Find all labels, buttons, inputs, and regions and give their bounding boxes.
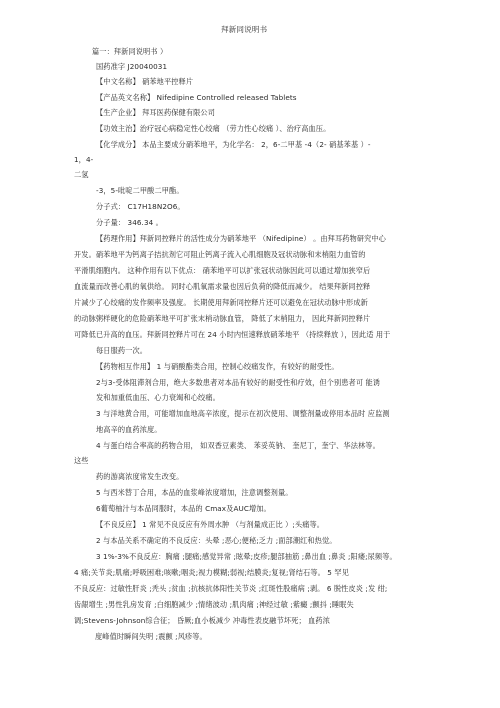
text-line: 【药物相互作用】 1 与硝酸酯类合用，控制心绞痛发作，有较好的耐受性。 <box>96 362 339 372</box>
text-line: 3 1%-3%不良反应：胸痛 ;腿痛;感觉异常 ;眩晕;皮疹;腿部抽筋 ;鼻出血… <box>96 552 397 562</box>
text-line: 4 与蛋白结合率高的药物合用， 如双香豆素类、 苯妥英钠、 奎尼丁，奎宁、华法林… <box>96 441 380 451</box>
text-line: 这些 <box>74 456 89 466</box>
text-line: -3，5-吡啶二甲酸二甲酯。 <box>96 186 184 196</box>
text-line: 分子量： 346.34 。 <box>96 218 163 228</box>
text-line: 【中文名称】 硝苯地平控释片 <box>96 77 193 87</box>
text-line: 分子式： C17H18N2O6。 <box>96 202 185 212</box>
text-line: 药的游离浓度常发生改变。 <box>96 472 183 482</box>
text-line: 可降低已升高的血压。拜新同控释片可在 24 小时内恒速释放硝苯地平 （持续释放 … <box>74 330 390 340</box>
text-line: 开发。硝苯地平为钙离子拮抗剂它可阻止钙离子流入心肌细胞及冠状动脉和末梢阻力血管的 <box>74 250 366 260</box>
text-line: 【功效主治】治疗冠心病稳定性心绞痛 （劳力性心绞痛 ）、治疗高血压。 <box>96 124 330 134</box>
text-line: 【生产企业】 拜耳医药保健有限公司 <box>96 108 215 118</box>
text-line: 篇一：拜新同说明书 ） <box>92 47 167 57</box>
text-line: 【产品英文名称】 Nifedipine Controlled released … <box>96 93 297 103</box>
text-line: 血流量而改善心肌的氧供给。 同时心肌氧需求量也因后负荷的降低而减少。 结果拜新同… <box>74 282 370 292</box>
text-line: 齿龈增生 ;男性乳房发育 ;白细胞减少 ;情绪波动 ;肌肉痛 ;神经过敏 ;紫癜… <box>74 600 354 610</box>
text-line: 【不良反应】 1 常见不良反应有外周水肿 （与剂量成正比 ）;头痛等。 <box>96 520 324 530</box>
text-line: 平滑肌细胞内。 这种作用有以下优点： 硝苯地平可以扩张冠状动脉因此可以通过增加狭… <box>74 266 370 276</box>
text-line: 3 与洋地黄合用，可能增加血地高辛浓度，提示在初次使用、调整剂量或停用本品时 应… <box>96 409 390 419</box>
text-line: 2 与本品关系不确定的不良反应：头晕 ;恶心;便秘;乏力 ;面部潮红和热觉。 <box>96 536 337 546</box>
text-line: 每日服药一次。 <box>96 346 147 356</box>
text-line: 的动脉粥样硬化的危险硝苯地平可扩张末梢动脉血管， 降低了末梢阻力， 因此拜新同控… <box>74 314 370 324</box>
text-line: 地高辛的血药浓度。 <box>96 425 162 435</box>
text-line: 4 痛;关节炎;肌痛;呼吸困难;咳嗽;咽炎;视力模糊;弱视;结膜炎;复视;肾结石… <box>74 568 349 578</box>
text-line: 6葡萄柚汁与本品同服时，本品的 Cmax及AUC增加。 <box>96 504 271 514</box>
text-line: 5 与西米替丁合用，本品的血浆峰浓度增加，注意调整剂量。 <box>96 488 293 498</box>
text-line: 1，4- <box>74 155 93 165</box>
text-line: 国药准字 J20040031 <box>96 62 167 72</box>
text-line: 度峰值时瞬间失明 ;震颤 ;风疹等。 <box>95 632 207 642</box>
document-page: 拜新同说明书 篇一：拜新同说明书 ）国药准字 J20040031【中文名称】 硝… <box>0 0 500 708</box>
text-line: 二氢 <box>74 170 89 180</box>
document-title: 拜新同说明书 <box>221 25 267 35</box>
text-line: 发和加重低血压、心力衰竭和心绞痛。 <box>96 393 220 403</box>
text-line: 【化学成分】 本品主要成分硝苯地平，为化学名： 2，6-二甲基 -4（2- 硝基… <box>96 140 371 150</box>
text-line: 2与3-受体阻滞剂合用，绝大多数患者对本品有较好的耐受性和疗效，但个别患者可 能… <box>96 378 380 388</box>
text-line: 不良反应：过敏性肝炎 ;秃头 ;贫血 ;抗核抗体阳性关节炎 ;红斑性股痛病 ;剥… <box>74 584 387 594</box>
text-line: 调;Stevens-Johnson综合征； 昏厥;血小板减少 冲毒性表皮融节坏死… <box>74 616 330 626</box>
text-line: 【药理作用】拜新同控释片的活性成分为硝苯地平 （Nifedipine） 。由拜耳… <box>96 234 386 244</box>
text-line: 片减少了心绞痛的发作频率及强度。 长期使用拜新同控释片还可以避免在冠状动脉中形成… <box>74 298 368 308</box>
